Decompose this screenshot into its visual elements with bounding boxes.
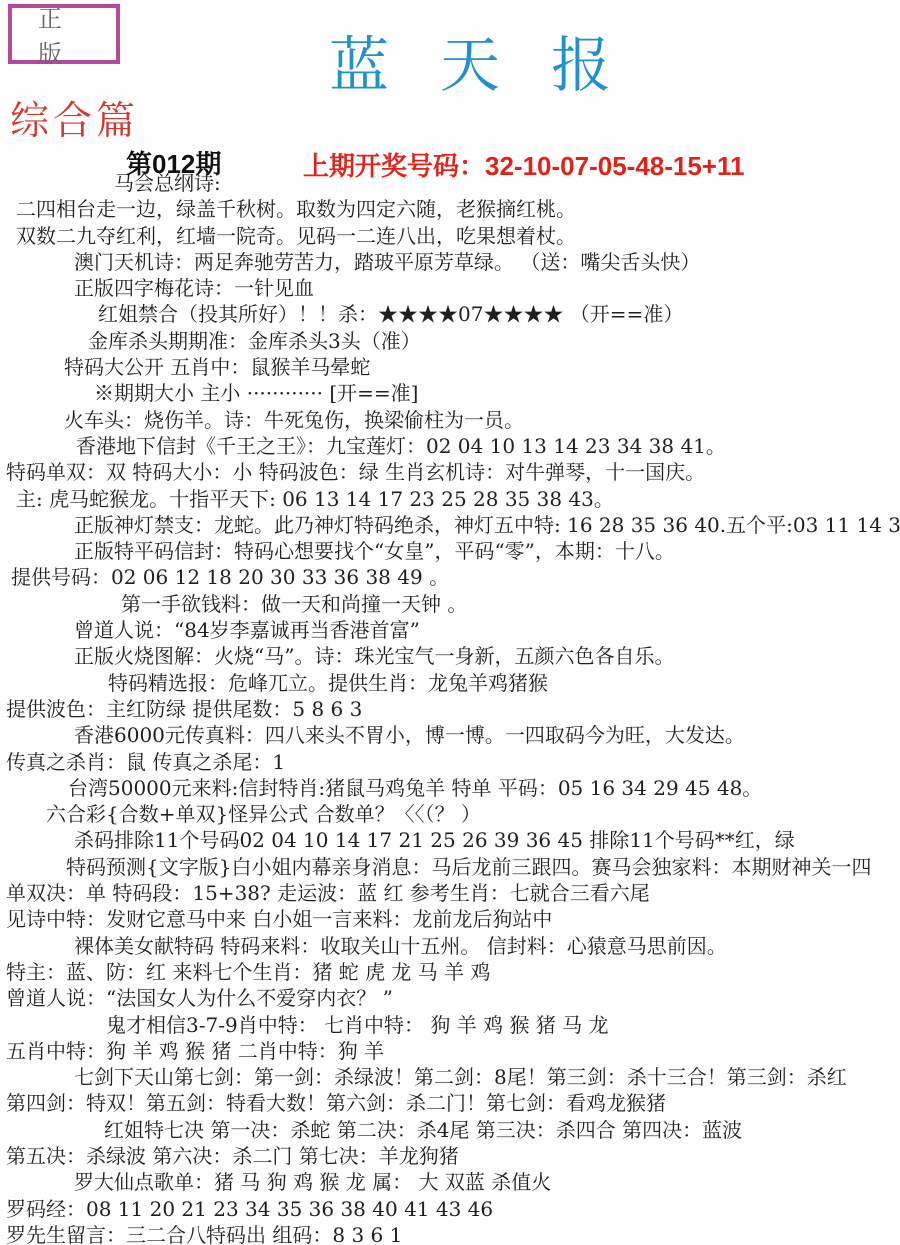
text-line: 罗先生留言：三二合八特码出 组码：8 3 6 1 <box>6 1222 900 1245</box>
text-line: 红姐特七决 第一决：杀蛇 第二决：杀4尾 第三决：杀四合 第四决：蓝波 <box>6 1117 900 1143</box>
text-line: 主: 虎马蛇猴龙。十指平天下: 06 13 14 17 23 25 28 35 … <box>6 486 900 512</box>
text-line: 澳门天机诗：两足奔驰劳苦力，踏玻平原芳草绿。 （送：嘴尖舌头快） <box>6 249 900 275</box>
text-line: 鬼才相信3-7-9肖中特： 七肖中特： 狗 羊 鸡 猴 猪 马 龙 <box>6 1012 900 1038</box>
text-line: 金库杀头期期准：金库杀头3头（准） <box>6 328 900 354</box>
text-line: ※期期大小 主小 ············ [开==准] <box>6 380 900 406</box>
text-line: 见诗中特：发财它意马中来 白小姐一言来料：龙前龙后狗站中 <box>6 906 900 932</box>
text-line: 六合彩{合数+单双}怪异公式 合数单？〈〈（？ ） <box>6 801 900 827</box>
page-title: 蓝天报 <box>250 18 690 104</box>
text-line: 第一手欲钱料：做一天和尚撞一天钟 。 <box>6 591 900 617</box>
text-line: 特码单双：双 特码大小：小 特码波色：绿 生肖玄机诗：对牛弹琴，十一国庆。 <box>6 459 900 485</box>
text-line: 台湾50000元来料:信封特肖:猪鼠马鸡兔羊 特单 平码：05 16 34 29… <box>6 775 900 801</box>
text-line: 正版火烧图解：火烧“马”。诗：珠光宝气一身新，五颜六色各自乐。 <box>6 643 900 669</box>
text-line: 特码大公开 五肖中：鼠猴羊马晕蛇 <box>6 354 900 380</box>
text-line: 正版神灯禁支：龙蛇。此乃神灯特码绝杀，神灯五中特: 16 28 35 36 40… <box>6 512 900 538</box>
text-line: 特主：蓝、防：红 来料七个生肖：猪 蛇 虎 龙 马 羊 鸡 <box>6 959 900 985</box>
text-line: 七剑下天山第七剑：第一剑：杀绿波！第二剑：8尾！第三剑：杀十三合！第三剑：杀红 <box>6 1064 900 1090</box>
text-line: 单双决：单 特码段：15+38? 走运波：蓝 红 参考生肖：七就合三看六尾 <box>6 880 900 906</box>
text-line: 正版四字梅花诗：一针见血 <box>6 275 900 301</box>
body-text-block: 马会总纲诗:二四相台走一边，绿盖千秋树。取数为四定六随，老猴摘红桃。双数二九夺红… <box>6 170 900 1245</box>
text-line: 香港6000元传真料：四八来头不胃小，博一博。一四取码今为旺，大发达。 <box>6 722 900 748</box>
text-line: 双数二九夺红利，红墙一院奇。见码一二连八出，吃果想着杖。 <box>6 223 900 249</box>
text-line: 五肖中特：狗 羊 鸡 猴 猪 二肖中特：狗 羊 <box>6 1038 900 1064</box>
text-line: 马会总纲诗: <box>6 170 900 196</box>
text-line: 罗大仙点歌单：猪 马 狗 鸡 猴 龙 属： 大 双蓝 杀值火 <box>6 1169 900 1195</box>
text-line: 正版特平码信封：特码心想要找个“女皇”，平码“零”，本期：十八。 <box>6 538 900 564</box>
section-title: 综合篇 <box>10 90 139 146</box>
text-line: 裸体美女献特码 特码来料：收取关山十五州。 信封料：心猿意马思前因。 <box>6 933 900 959</box>
authentic-badge: 正版 <box>8 4 120 64</box>
text-line: 第四剑：特双！第五剑：特看大数！第六剑：杀二门！第七剑：看鸡龙猴猪 <box>6 1090 900 1116</box>
text-line: 特码预测{文字版}白小姐内幕亲身消息：马后龙前三跟四。赛马会独家料：本期财神关一… <box>6 854 900 880</box>
text-line: 曾道人说：“84岁李嘉诚再当香港首富” <box>6 617 900 643</box>
text-line: 火车头：烧伤羊。诗：牛死兔伤，换梁偷柱为一员。 <box>6 407 900 433</box>
text-line: 特码精选报：危峰兀立。提供生肖：龙兔羊鸡猪猴 <box>6 670 900 696</box>
text-line: 提供号码：02 06 12 18 20 30 33 36 38 49 。 <box>6 564 900 590</box>
authentic-badge-label: 正版 <box>12 0 116 69</box>
text-line: 第五决：杀绿波 第六决：杀二门 第七决：羊龙狗猪 <box>6 1143 900 1169</box>
text-line: 传真之杀肖：鼠 传真之杀尾：1 <box>6 749 900 775</box>
text-line: 曾道人说：“法国女人为什么不爱穿内衣？ ” <box>6 985 900 1011</box>
text-line: 红姐禁合（投其所好）！！杀：★★★★07★★★★ （开==准） <box>6 301 900 327</box>
text-line: 二四相台走一边，绿盖千秋树。取数为四定六随，老猴摘红桃。 <box>6 196 900 222</box>
text-line: 罗码经：08 11 20 21 23 34 35 36 38 40 41 43 … <box>6 1196 900 1222</box>
text-line: 提供波色：主红防绿 提供尾数：5 8 6 3 <box>6 696 900 722</box>
document-page: 正版 蓝天报 综合篇 第012期 上期开奖号码：32-10-07-05-48-1… <box>0 0 900 1245</box>
text-line: 杀码排除11个号码02 04 10 14 17 21 25 26 39 36 4… <box>6 827 900 853</box>
text-line: 香港地下信封《千王之王》：九宝莲灯：02 04 10 13 14 23 34 3… <box>6 433 900 459</box>
